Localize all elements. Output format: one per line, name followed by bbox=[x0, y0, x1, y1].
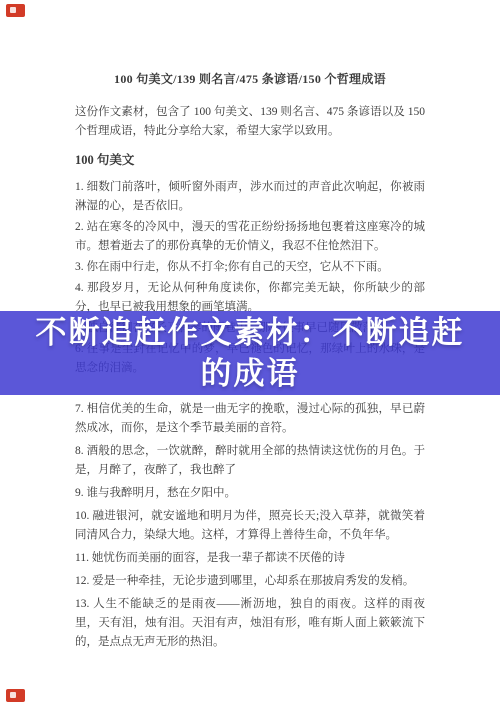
section-heading: 100 句美文 bbox=[75, 151, 425, 170]
red-corner-badge-bottom bbox=[6, 689, 25, 702]
sentence-item: 10. 融进银河，就安谧地和明月为伴，照亮长天;没入草莽，就微笑着同清风合力，染… bbox=[75, 507, 425, 545]
sentence-item: 11. 她忧伤而美丽的面容，是我一辈子都读不厌倦的诗 bbox=[75, 549, 425, 568]
sentence-item: 7. 相信优美的生命，就是一曲无字的挽歌，漫过心际的孤独，早已蔚然成冰，而你，是… bbox=[75, 400, 425, 438]
sentence-item: 13. 人生不能缺乏的是雨夜——淅沥地，独自的雨夜。这样的雨夜里，天有泪，烛有泪… bbox=[75, 595, 425, 652]
sentence-item: 1. 细数门前落叶，倾听窗外雨声，涉水而过的声音此次响起，你被雨淋湿的心，是否依… bbox=[75, 178, 425, 216]
sentence-item: 12. 爱是一种牵挂，无论步遗到哪里，心却系在那披肩秀发的发梢。 bbox=[75, 572, 425, 591]
page-title: 100 句美文/139 则名言/475 条谚语/150 个哲理成语 bbox=[75, 70, 425, 89]
intro-paragraph: 这份作文素材，包含了 100 句美文、139 则名言、475 条谚语以及 150… bbox=[75, 103, 425, 141]
banner-title-line2: 的成语 bbox=[201, 353, 300, 394]
sentence-item: 2. 站在寒冬的冷风中，漫天的雪花正纷纷扬扬地包裹着这座寒冷的城市。想着逝去了的… bbox=[75, 218, 425, 256]
sentence-item: 9. 谁与我醉明月，愁在夕阳中。 bbox=[75, 484, 425, 503]
sentence-list: 1. 细数门前落叶，倾听窗外雨声，涉水而过的声音此次响起，你被雨淋湿的心，是否依… bbox=[75, 178, 425, 652]
sentence-item: 3. 你在雨中行走，你从不打伞;你有自己的天空，它从不下雨。 bbox=[75, 258, 425, 277]
red-corner-badge-top bbox=[6, 4, 25, 17]
sentence-item: 8. 酒般的思念，一饮就醉，醉时就用全部的热情读这忧伤的月色。于是，月醉了，夜醉… bbox=[75, 442, 425, 480]
banner-title-line1: 不断追赶作文素材：不断追赶 bbox=[36, 312, 465, 353]
title-banner-overlay: 不断追赶作文素材：不断追赶 的成语 bbox=[0, 311, 500, 395]
